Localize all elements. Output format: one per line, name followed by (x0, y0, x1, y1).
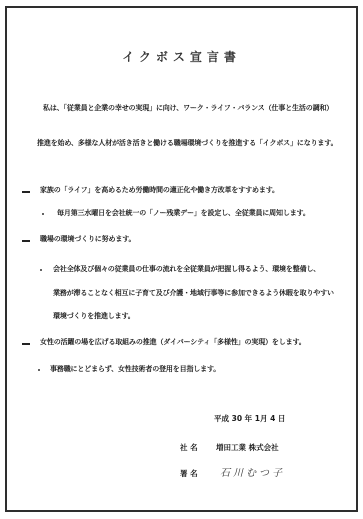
signature-label: 署 名 (180, 468, 198, 479)
intro-line-2: 推進を始め、多様な人材が活き活きと働ける職場環境づくりを推進する「イクボス」にな… (37, 139, 337, 148)
bullet-dot (38, 369, 40, 371)
dash-marker (22, 343, 30, 345)
section-1-heading: 家族の「ライフ」を高めるため労働時間の適正化や働き方改革をすすめます。 (40, 186, 279, 195)
document-frame (5, 6, 358, 512)
handwritten-signature: 石川むつ子 (220, 464, 285, 479)
company-name: 増田工業 株式会社 (216, 442, 279, 453)
bullet-dot (42, 213, 44, 215)
section-1-bullet-1: 毎月第三水曜日を会社統一の「ノー残業デー」を設定し、全従業員に周知します。 (57, 209, 310, 218)
section-3-bullet-1: 事務職にとどまらず、女性技術者の登用を目指します。 (50, 365, 220, 374)
section-3-heading: 女性の活躍の場を広げる取組みの推進（ダイバーシティ「多様性」の実現）をします。 (40, 338, 306, 347)
bullet-dot (40, 269, 42, 271)
dash-marker (22, 240, 30, 242)
document-title: イクボス宣言書 (0, 48, 363, 65)
company-label: 社 名 (180, 442, 198, 453)
section-2-heading: 職場の環境づくりに努めます。 (40, 235, 135, 244)
section-2-bullet-1-line-1: 会社全体及び個々の従業員の仕事の流れを全従業員が把握し得るよう、環境を整備し、 (53, 265, 320, 274)
section-2-bullet-1-line-3: 環境づくりを推進します。 (53, 312, 135, 321)
section-2-bullet-1-line-2: 業務が滞ることなく相互に子育て及び介護・地域行事等に参加できるよう休暇を取りやす… (53, 289, 334, 298)
intro-line-1: 私は、「従業員と企業の幸せの実現」に向け、ワーク・ライフ・バランス（仕事と生活の… (43, 104, 333, 113)
dash-marker (22, 191, 30, 193)
document-date: 平成 30 年 1月 4 日 (214, 413, 285, 424)
